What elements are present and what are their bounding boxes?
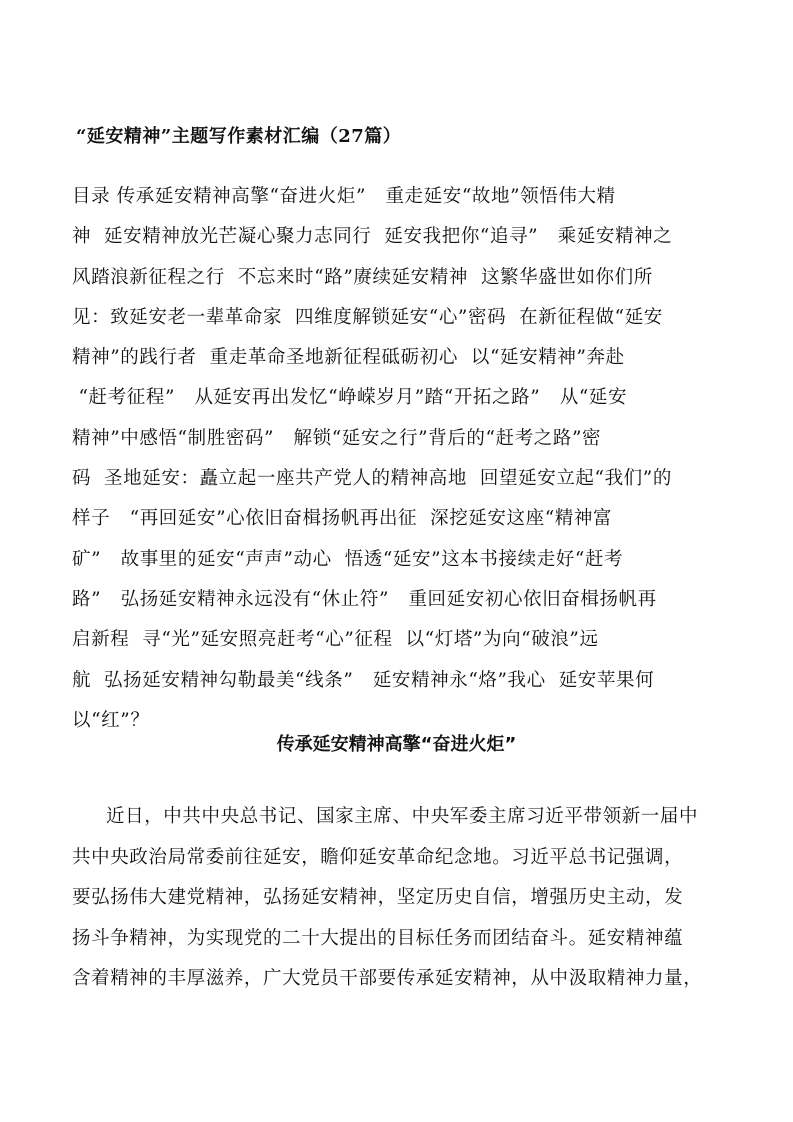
table-of-contents: 目录 传承延安精神高擎“奋进火炬” 重走延安“故地”领悟伟大精 神 延安精神放光… xyxy=(72,177,732,741)
toc-line: 神 延安精神放光芒凝心聚力志同行 延安我把你“追寻” 乘延安精神之 xyxy=(72,217,732,257)
section-heading: 传承延安精神高擎“奋进火炬” xyxy=(0,732,793,758)
toc-line: 矿” 故事里的延安“声声”动心 悟透“延安”这本书接续走好“赶考 xyxy=(72,540,732,580)
paragraph-line: 近日，中共中央总书记、国家主席、中央军委主席习近平带领新一届中 xyxy=(72,797,732,838)
toc-line: 码 圣地延安：矗立起一座共产党人的精神高地 回望延安立起“我们”的 xyxy=(72,459,732,499)
toc-line: 目录 传承延安精神高擎“奋进火炬” 重走延安“故地”领悟伟大精 xyxy=(72,177,732,217)
toc-line: 见：致延安老一辈革命家 四维度解锁延安“心”密码 在新征程做“延安 xyxy=(72,298,732,338)
toc-line: 样子 “再回延安”心依旧奋楫扬帆再出征 深挖延安这座“精神富 xyxy=(72,499,732,539)
toc-line: 精神”的践行者 重走革命圣地新征程砥砺初心 以“延安精神”奔赴 xyxy=(72,338,732,378)
paragraph-line: 共中央政治局常委前往延安，瞻仰延安革命纪念地。习近平总书记强调， xyxy=(72,838,732,879)
paragraph-line: 扬斗争精神，为实现党的二十大提出的目标任务而团结奋斗。延安精神蕴 xyxy=(72,919,732,960)
paragraph-line: 含着精神的丰厚滋养，广大党员干部要传承延安精神，从中汲取精神力量， xyxy=(72,959,732,1000)
document-page: “延安精神”主题写作素材汇编（27篇） 目录 传承延安精神高擎“奋进火炬” 重走… xyxy=(0,0,793,1122)
toc-line: “赶考征程” 从延安再出发忆“峥嵘岁月”踏“开拓之路” 从“延安 xyxy=(72,378,732,418)
toc-line: 风踏浪新征程之行 不忘来时“路”赓续延安精神 这繁华盛世如你们所 xyxy=(72,258,732,298)
section-body-paragraph: 近日，中共中央总书记、国家主席、中央军委主席习近平带领新一届中 共中央政治局常委… xyxy=(72,797,732,1000)
toc-line: 航 弘扬延安精神勾勒最美“线条” 延安精神永“烙”我心 延安苹果何 xyxy=(72,661,732,701)
toc-line: 启新程 寻“光”延安照亮赶考“心”征程 以“灯塔”为向“破浪”远 xyxy=(72,620,732,660)
toc-line: 路” 弘扬延安精神永远没有“休止符” 重回延安初心依旧奋楫扬帆再 xyxy=(72,580,732,620)
paragraph-line: 要弘扬伟大建党精神，弘扬延安精神，坚定历史自信，增强历史主动，发 xyxy=(72,878,732,919)
toc-line: 精神”中感悟“制胜密码” 解锁“延安之行”背后的“赶考之路”密 xyxy=(72,419,732,459)
document-title: “延安精神”主题写作素材汇编（27篇） xyxy=(76,124,401,150)
